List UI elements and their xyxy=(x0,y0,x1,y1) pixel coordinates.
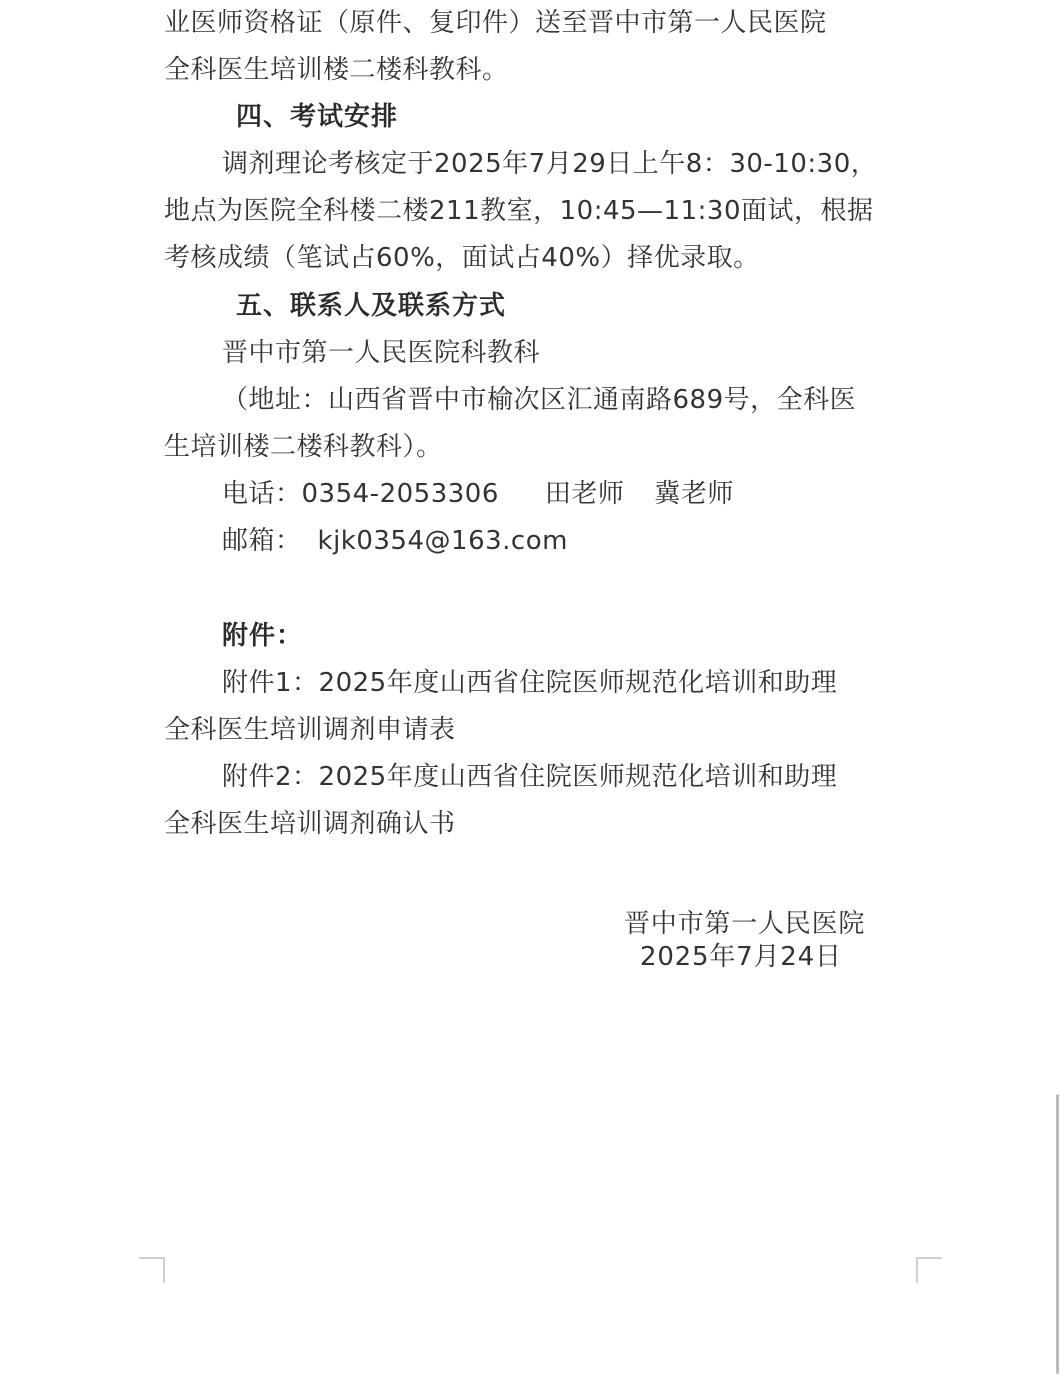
attachment-item: 附件1：2025年度山西省住院医师规范化培训和助理 xyxy=(222,666,837,700)
email-address[interactable]: kjk0354@163.com xyxy=(318,526,568,556)
contact-org: 晋中市第一人民医院科教科 xyxy=(222,336,540,370)
email-label: 邮箱： xyxy=(222,526,302,556)
attachment-item: 全科医生培训调剂确认书 xyxy=(164,807,456,841)
phone-number: 0354-2053306 xyxy=(302,479,499,509)
phone-label: 电话： xyxy=(222,479,302,509)
paragraph-line: 调剂理论考核定于2025年7月29日上午8：30-10:30， xyxy=(222,147,877,181)
contact-address-line: 生培训楼二楼科教科）。 xyxy=(164,430,443,464)
signature-date: 2025年7月24日 xyxy=(640,940,842,974)
page-margin-corner-mark xyxy=(916,1257,942,1283)
page-margin-corner-mark xyxy=(139,1257,165,1283)
section-heading-exam-schedule: 四、考试安排 xyxy=(236,100,398,134)
paragraph-line: 考核成绩（笔试占60%，面试占40%）择优录取。 xyxy=(164,241,760,275)
contact-person: 冀老师 xyxy=(654,479,734,509)
contact-phone-row: 电话：0354-2053306田老师冀老师 xyxy=(222,477,734,511)
contact-email-row: 邮箱：kjk0354@163.com xyxy=(222,524,568,558)
attachment-item: 附件2：2025年度山西省住院医师规范化培训和助理 xyxy=(222,760,837,794)
section-heading-contact: 五、联系人及联系方式 xyxy=(236,289,506,323)
signature-org: 晋中市第一人民医院 xyxy=(624,907,865,941)
attachment-item: 全科医生培训调剂申请表 xyxy=(164,713,456,747)
contact-address-line: （地址：山西省晋中市榆次区汇通南路689号，全科医 xyxy=(222,383,856,417)
paragraph-line: 地点为医院全科楼二楼211教室，10:45—11:30面试，根据 xyxy=(164,194,873,228)
paragraph-line: 业医师资格证（原件、复印件）送至晋中市第一人民医院 xyxy=(164,6,827,40)
paragraph-line: 全科医生培训楼二楼科教科。 xyxy=(164,53,509,87)
contact-person: 田老师 xyxy=(545,479,625,509)
vertical-scrollbar[interactable] xyxy=(1056,1094,1059,1374)
attachments-heading: 附件： xyxy=(222,619,303,653)
document-page: 业医师资格证（原件、复印件）送至晋中市第一人民医院 全科医生培训楼二楼科教科。 … xyxy=(0,0,1060,1374)
